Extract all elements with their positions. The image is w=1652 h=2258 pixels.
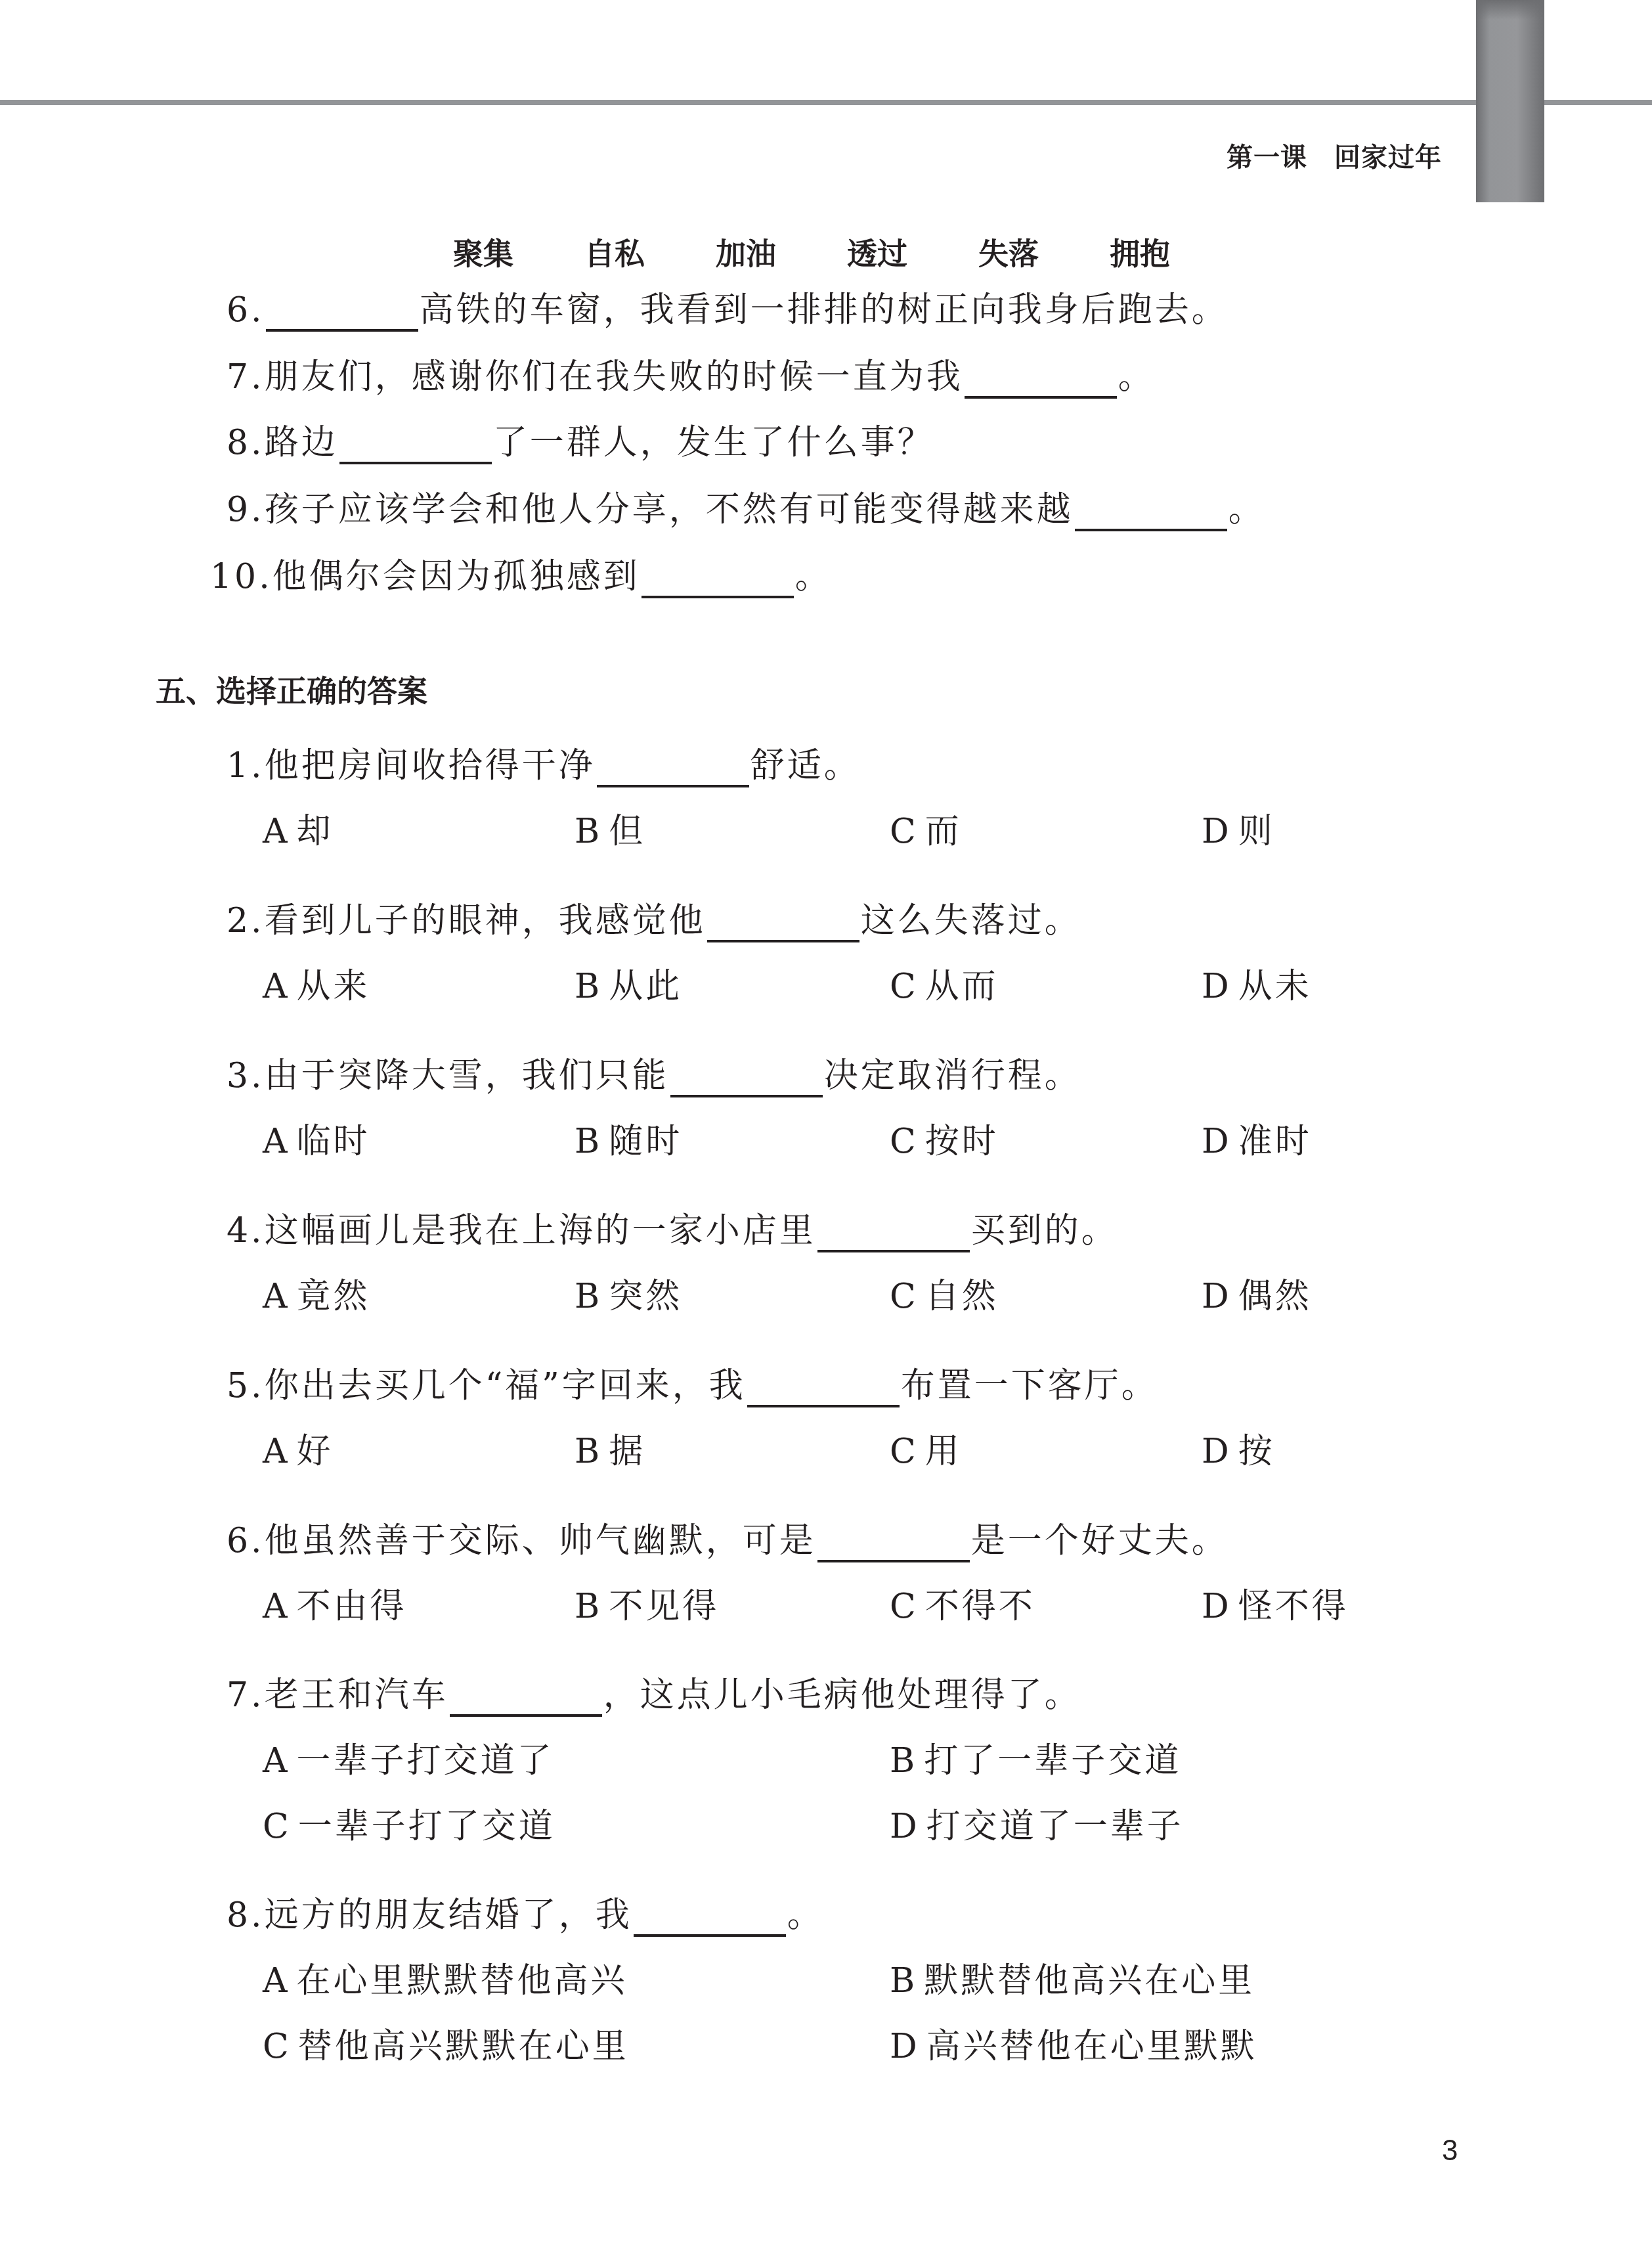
option-text: 高兴替他在心里默默: [926, 2027, 1257, 2066]
option-letter: A: [263, 1277, 288, 1316]
option-letter: B: [575, 1587, 599, 1626]
fill-sentence: 9.孩子应该学会和他人分享，不然有可能变得越来越。: [227, 493, 1265, 531]
option-c[interactable]: C不得不: [890, 1589, 1035, 1624]
option-c[interactable]: C从而: [890, 969, 999, 1004]
sentence-after: 。: [1118, 357, 1155, 397]
option-a[interactable]: A竟然: [263, 1279, 370, 1314]
option-letter: D: [1202, 967, 1229, 1006]
answer-blank[interactable]: [965, 396, 1117, 399]
option-letter: B: [575, 1277, 599, 1316]
option-text: 替他高兴默默在心里: [298, 2027, 629, 2066]
question-number: 3.: [227, 1056, 265, 1096]
word-bank-item: 自私: [584, 230, 716, 273]
option-text: 一辈子打了交道: [298, 1807, 555, 1846]
sentence-number: 6.: [227, 290, 265, 330]
option-text: 不见得: [609, 1587, 719, 1626]
question-after: 是一个好丈夫。: [971, 1521, 1228, 1561]
answer-blank[interactable]: [634, 1934, 786, 1937]
option-text: 好: [297, 1432, 334, 1471]
question-number: 6.: [227, 1521, 265, 1561]
option-text: 偶然: [1238, 1277, 1312, 1316]
option-c[interactable]: C按时: [890, 1124, 999, 1159]
fill-sentence: 6.高铁的车窗，我看到一排排的树正向我身后跑去。: [227, 293, 1228, 332]
header-rule: [0, 100, 1652, 105]
question-before: 由于突降大雪，我们只能: [265, 1056, 669, 1096]
option-letter: A: [263, 1741, 288, 1781]
question-number: 7.: [227, 1675, 265, 1715]
option-text: 但: [609, 812, 645, 851]
chapter-tab-shadow: [1476, 0, 1544, 20]
option-text: 在心里默默替他高兴: [297, 1961, 628, 2001]
sentence-number: 7.: [227, 357, 265, 397]
question-after: 这么失落过。: [861, 901, 1081, 941]
question-after: 。: [787, 1895, 824, 1935]
option-a[interactable]: A一辈子打交道了: [263, 1744, 554, 1778]
option-text: 突然: [609, 1277, 682, 1316]
option-letter: A: [263, 1122, 288, 1161]
sentence-after: 。: [1228, 490, 1265, 529]
word-bank-item: 失落: [978, 230, 1110, 273]
option-letter: D: [1202, 1587, 1229, 1626]
option-b[interactable]: B据: [575, 1434, 645, 1469]
option-letter: D: [1202, 1277, 1229, 1316]
question-before: 老王和汽车: [265, 1675, 448, 1715]
question-number: 4.: [227, 1211, 265, 1251]
question: 3.由于突降大雪，我们只能决定取消行程。: [227, 1059, 1081, 1097]
option-c[interactable]: C自然: [890, 1279, 999, 1314]
option-text: 不得不: [925, 1587, 1035, 1626]
option-b[interactable]: B打了一辈子交道: [890, 1744, 1181, 1778]
section-heading: 五、选择正确的答案: [156, 667, 427, 711]
question-number: 1.: [227, 746, 265, 786]
option-text: 从来: [297, 967, 370, 1006]
option-b[interactable]: B随时: [575, 1124, 682, 1159]
sentence-number: 10.: [210, 557, 272, 596]
option-c[interactable]: C用: [890, 1434, 962, 1469]
option-d[interactable]: D从未: [1202, 969, 1312, 1004]
word-bank-item: 拥抱: [1110, 230, 1241, 273]
option-text: 不由得: [297, 1587, 407, 1626]
option-letter: B: [575, 967, 599, 1006]
option-letter: C: [890, 1277, 916, 1316]
option-letter: A: [263, 1432, 288, 1471]
question-after: 舒适。: [750, 746, 861, 786]
question-number: 5.: [227, 1366, 265, 1406]
option-text: 打交道了一辈子: [926, 1807, 1184, 1846]
option-letter: B: [890, 1741, 915, 1781]
option-letter: A: [263, 1961, 288, 2001]
question: 5.你出去买几个“福”字回来，我布置一下客厅。: [227, 1369, 1158, 1407]
option-text: 按时: [925, 1122, 999, 1161]
option-text: 按: [1238, 1432, 1275, 1471]
chapter-title: 第一课 回家过年: [1227, 137, 1442, 174]
option-d[interactable]: D打交道了一辈子: [890, 1809, 1184, 1844]
option-c[interactable]: C而: [890, 814, 962, 849]
option-b[interactable]: B默默替他高兴在心里: [890, 1964, 1255, 1998]
question-after: ，这点儿小毛病他处理得了。: [603, 1675, 1081, 1715]
word-bank: 聚集 自私 加油 透过 失落 拥抱: [453, 230, 1241, 273]
option-b[interactable]: B不见得: [575, 1589, 719, 1624]
question-before: 这幅画儿是我在上海的一家小店里: [265, 1211, 816, 1251]
option-text: 用: [925, 1432, 962, 1471]
question: 4.这幅画儿是我在上海的一家小店里买到的。: [227, 1214, 1118, 1252]
answer-blank[interactable]: [707, 940, 859, 942]
option-text: 从而: [925, 967, 999, 1006]
question: 2.看到儿子的眼神，我感觉他这么失落过。: [227, 904, 1081, 942]
option-text: 却: [297, 812, 334, 851]
option-text: 准时: [1238, 1122, 1312, 1161]
answer-blank[interactable]: [597, 785, 749, 787]
sentence-after: 。: [795, 557, 832, 596]
question-number: 8.: [227, 1895, 265, 1935]
option-b[interactable]: B从此: [575, 969, 682, 1004]
option-letter: D: [890, 2027, 917, 2066]
option-a[interactable]: A好: [263, 1434, 334, 1469]
answer-blank[interactable]: [1075, 529, 1227, 531]
question-before: 他把房间收拾得干净: [265, 746, 596, 786]
question-number: 2.: [227, 901, 265, 941]
question-before: 远方的朋友结婚了，我: [265, 1895, 632, 1935]
sentence-number: 9.: [227, 490, 265, 529]
option-a[interactable]: A不由得: [263, 1589, 407, 1624]
page-number: 3: [1442, 2135, 1458, 2167]
fill-sentence: 8.路边了一群人，发生了什么事？: [227, 426, 934, 464]
question-after: 决定取消行程。: [824, 1056, 1081, 1096]
option-letter: B: [890, 1961, 915, 2001]
option-letter: C: [263, 2027, 289, 2066]
option-c[interactable]: C一辈子打了交道: [263, 1809, 555, 1844]
question-after: 布置一下客厅。: [901, 1366, 1158, 1406]
option-letter: D: [1202, 812, 1229, 851]
option-letter: C: [890, 812, 916, 851]
chapter-tab-marker: [1476, 0, 1544, 202]
option-text: 默默替他高兴在心里: [924, 1961, 1255, 2001]
question-before: 你出去买几个“福”字回来，我: [265, 1366, 746, 1406]
sentence-before: 他偶尔会因为孤独感到: [272, 557, 640, 596]
option-text: 随时: [609, 1122, 682, 1161]
option-text: 而: [925, 812, 962, 851]
answer-blank[interactable]: [747, 1405, 900, 1407]
option-letter: C: [890, 1587, 916, 1626]
option-b[interactable]: B突然: [575, 1279, 682, 1314]
question-after: 买到的。: [971, 1211, 1118, 1251]
sentence-number: 8.: [227, 423, 265, 462]
option-text: 据: [609, 1432, 645, 1471]
answer-blank[interactable]: [266, 329, 418, 332]
option-letter: B: [575, 1432, 599, 1471]
option-letter: C: [890, 1432, 916, 1471]
option-letter: D: [890, 1807, 917, 1846]
option-letter: A: [263, 812, 288, 851]
answer-blank[interactable]: [339, 462, 492, 464]
answer-blank[interactable]: [817, 1250, 970, 1252]
word-bank-item: 加油: [716, 230, 847, 273]
question: 6.他虽然善于交际、帅气幽默，可是是一个好丈夫。: [227, 1524, 1228, 1562]
option-a[interactable]: A从来: [263, 969, 370, 1004]
option-text: 则: [1238, 812, 1275, 851]
option-text: 从未: [1238, 967, 1312, 1006]
option-d[interactable]: D高兴替他在心里默默: [890, 2029, 1257, 2064]
question: 8.远方的朋友结婚了，我。: [227, 1898, 824, 1937]
question-before: 他虽然善于交际、帅气幽默，可是: [265, 1521, 816, 1561]
sentence-before: 路边: [265, 423, 338, 462]
option-b[interactable]: B但: [575, 814, 645, 849]
word-bank-item: 聚集: [453, 230, 584, 273]
answer-blank[interactable]: [670, 1095, 823, 1097]
answer-blank[interactable]: [450, 1714, 602, 1717]
option-letter: C: [890, 967, 916, 1006]
option-letter: D: [1202, 1432, 1229, 1471]
question: 7.老王和汽车，这点儿小毛病他处理得了。: [227, 1678, 1081, 1717]
option-d[interactable]: D则: [1202, 814, 1275, 849]
fill-sentence: 10.他偶尔会因为孤独感到。: [210, 560, 832, 598]
option-d[interactable]: D按: [1202, 1434, 1275, 1469]
option-d[interactable]: D怪不得: [1202, 1589, 1349, 1624]
answer-blank[interactable]: [817, 1560, 970, 1562]
option-letter: B: [575, 812, 599, 851]
option-d[interactable]: D准时: [1202, 1124, 1312, 1159]
option-letter: D: [1202, 1122, 1229, 1161]
option-text: 竟然: [297, 1277, 370, 1316]
option-a[interactable]: A却: [263, 814, 334, 849]
option-letter: A: [263, 1587, 288, 1626]
sentence-before: 孩子应该学会和他人分享，不然有可能变得越来越: [265, 490, 1074, 529]
option-c[interactable]: C替他高兴默默在心里: [263, 2029, 629, 2064]
option-d[interactable]: D偶然: [1202, 1279, 1312, 1314]
answer-blank[interactable]: [641, 596, 794, 598]
option-letter: B: [575, 1122, 599, 1161]
question: 1.他把房间收拾得干净舒适。: [227, 749, 861, 787]
option-text: 临时: [297, 1122, 370, 1161]
option-a[interactable]: A在心里默默替他高兴: [263, 1964, 628, 1998]
option-a[interactable]: A临时: [263, 1124, 370, 1159]
option-text: 一辈子打交道了: [297, 1741, 554, 1781]
option-text: 怪不得: [1238, 1587, 1349, 1626]
option-text: 从此: [609, 967, 682, 1006]
option-letter: C: [890, 1122, 916, 1161]
word-bank-item: 透过: [847, 230, 978, 273]
sentence-after: 高铁的车窗，我看到一排排的树正向我身后跑去。: [420, 290, 1228, 330]
option-text: 自然: [925, 1277, 999, 1316]
option-letter: C: [263, 1807, 289, 1846]
question-before: 看到儿子的眼神，我感觉他: [265, 901, 706, 941]
sentence-after: 了一群人，发生了什么事？: [493, 423, 934, 462]
option-text: 打了一辈子交道: [924, 1741, 1181, 1781]
option-letter: A: [263, 967, 288, 1006]
fill-sentence: 7.朋友们，感谢你们在我失败的时候一直为我。: [227, 360, 1155, 399]
sentence-before: 朋友们，感谢你们在我失败的时候一直为我: [265, 357, 963, 397]
